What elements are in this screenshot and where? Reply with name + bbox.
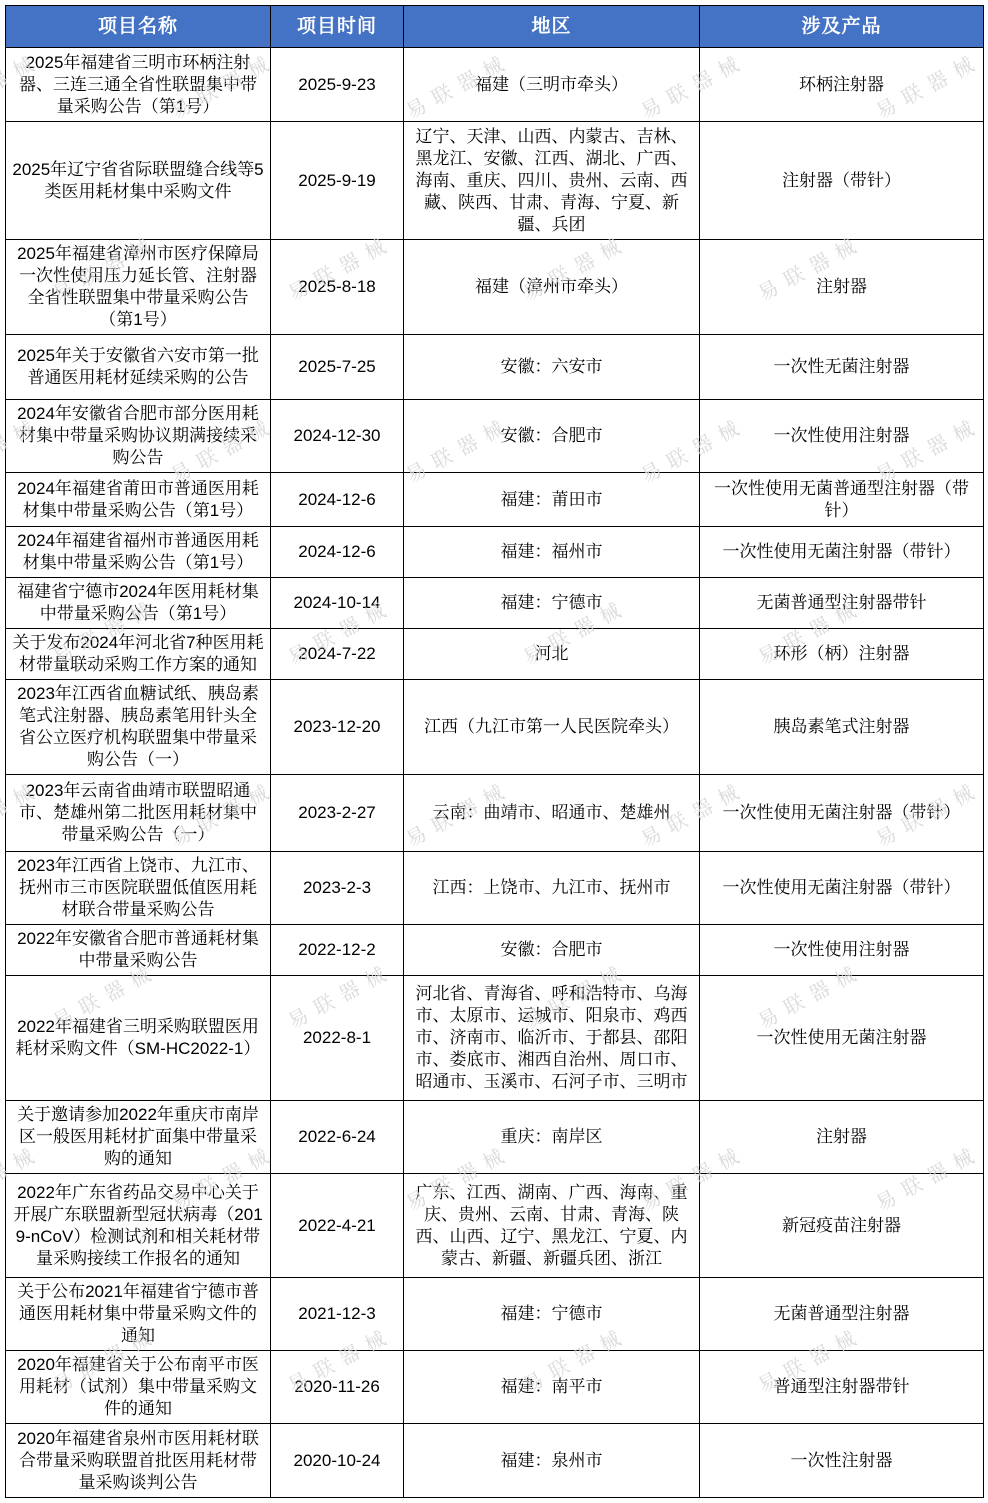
- project-date-cell: 2024-10-14: [271, 578, 404, 629]
- col-header-products: 涉及产品: [700, 6, 984, 48]
- products-cell: 一次性使用无菌注射器: [700, 976, 984, 1101]
- region-cell: 福建：莆田市: [404, 473, 700, 527]
- table-row: 福建省宁德市2024年医用耗材集中带量采购公告（第1号）2024-10-14福建…: [6, 578, 984, 629]
- table-body: 2025年福建省三明市环柄注射器、三连三通全省性联盟集中带量采购公告（第1号）2…: [6, 48, 984, 1498]
- products-cell: 环形（柄）注射器: [700, 629, 984, 680]
- table-row: 关于邀请参加2022年重庆市南岸区一般医用耗材扩面集中带量采购的通知2022-6…: [6, 1101, 984, 1174]
- region-cell: 福建：宁德市: [404, 578, 700, 629]
- table-row: 2022年福建省三明采购联盟医用耗材采购文件（SM-HC2022-1）2022-…: [6, 976, 984, 1101]
- products-cell: 注射器: [700, 240, 984, 335]
- project-name-cell: 2025年辽宁省省际联盟缝合线等5类医用耗材集中采购文件: [6, 122, 271, 240]
- region-cell: 广东、江西、湖南、广西、海南、重庆、贵州、云南、甘肃、青海、陕西、山西、辽宁、黑…: [404, 1174, 700, 1278]
- page: 项目名称 项目时间 地区 涉及产品 2025年福建省三明市环柄注射器、三连三通全…: [0, 0, 988, 1503]
- project-date-cell: 2025-9-23: [271, 48, 404, 122]
- region-cell: 辽宁、天津、山西、内蒙古、吉林、黑龙江、安徽、江西、湖北、广西、海南、重庆、四川…: [404, 122, 700, 240]
- project-name-cell: 关于公布2021年福建省宁德市普通医用耗材集中带量采购文件的通知: [6, 1278, 271, 1351]
- project-date-cell: 2022-8-1: [271, 976, 404, 1101]
- products-cell: 环柄注射器: [700, 48, 984, 122]
- project-name-cell: 2020年福建省泉州市医用耗材联合带量采购联盟首批医用耗材带量采购谈判公告: [6, 1424, 271, 1498]
- col-header-project-date: 项目时间: [271, 6, 404, 48]
- products-cell: 注射器: [700, 1101, 984, 1174]
- region-cell: 江西（九江市第一人民医院牵头）: [404, 680, 700, 775]
- table-row: 2020年福建省泉州市医用耗材联合带量采购联盟首批医用耗材带量采购谈判公告202…: [6, 1424, 984, 1498]
- project-name-cell: 2022年广东省药品交易中心关于开展广东联盟新型冠状病毒（2019-nCoV）检…: [6, 1174, 271, 1278]
- products-cell: 一次性使用无菌普通型注射器（带针）: [700, 473, 984, 527]
- table-row: 2023年江西省上饶市、九江市、抚州市三市医院联盟低值医用耗材联合带量采购公告2…: [6, 852, 984, 925]
- region-cell: 福建：泉州市: [404, 1424, 700, 1498]
- table-row: 2023年云南省曲靖市联盟昭通市、楚雄州第二批医用耗材集中带量采购公告（一）20…: [6, 775, 984, 852]
- project-name-cell: 2024年福建省莆田市普通医用耗材集中带量采购公告（第1号）: [6, 473, 271, 527]
- project-date-cell: 2022-4-21: [271, 1174, 404, 1278]
- table-row: 关于发布2024年河北省7种医用耗材带量联动采购工作方案的通知2024-7-22…: [6, 629, 984, 680]
- project-date-cell: 2023-12-20: [271, 680, 404, 775]
- project-date-cell: 2024-12-6: [271, 473, 404, 527]
- products-cell: 一次性使用无菌注射器（带针）: [700, 775, 984, 852]
- products-cell: 一次性使用注射器: [700, 400, 984, 473]
- project-date-cell: 2021-12-3: [271, 1278, 404, 1351]
- products-cell: 一次性使用无菌注射器（带针）: [700, 527, 984, 578]
- table-row: 2024年福建省莆田市普通医用耗材集中带量采购公告（第1号）2024-12-6福…: [6, 473, 984, 527]
- products-cell: 一次性使用无菌注射器（带针）: [700, 852, 984, 925]
- project-name-cell: 2020年福建省关于公布南平市医用耗材（试剂）集中带量采购文件的通知: [6, 1351, 271, 1424]
- project-date-cell: 2020-11-26: [271, 1351, 404, 1424]
- table-row: 2024年安徽省合肥市部分医用耗材集中带量采购协议期满接续采购公告2024-12…: [6, 400, 984, 473]
- products-cell: 一次性使用注射器: [700, 925, 984, 976]
- project-name-cell: 2023年江西省上饶市、九江市、抚州市三市医院联盟低值医用耗材联合带量采购公告: [6, 852, 271, 925]
- project-name-cell: 2022年福建省三明采购联盟医用耗材采购文件（SM-HC2022-1）: [6, 976, 271, 1101]
- project-date-cell: 2024-12-30: [271, 400, 404, 473]
- project-name-cell: 2025年福建省三明市环柄注射器、三连三通全省性联盟集中带量采购公告（第1号）: [6, 48, 271, 122]
- products-cell: 新冠疫苗注射器: [700, 1174, 984, 1278]
- products-cell: 无菌普通型注射器: [700, 1278, 984, 1351]
- region-cell: 福建：南平市: [404, 1351, 700, 1424]
- project-name-cell: 2024年福建省福州市普通医用耗材集中带量采购公告（第1号）: [6, 527, 271, 578]
- products-cell: 无菌普通型注射器带针: [700, 578, 984, 629]
- region-cell: 福建（三明市牵头）: [404, 48, 700, 122]
- table-row: 2023年江西省血糖试纸、胰岛素笔式注射器、胰岛素笔用针头全省公立医疗机构联盟集…: [6, 680, 984, 775]
- project-date-cell: 2022-6-24: [271, 1101, 404, 1174]
- region-cell: 福建：福州市: [404, 527, 700, 578]
- col-header-project-name: 项目名称: [6, 6, 271, 48]
- table-row: 关于公布2021年福建省宁德市普通医用耗材集中带量采购文件的通知2021-12-…: [6, 1278, 984, 1351]
- region-cell: 安徽：六安市: [404, 335, 700, 400]
- project-date-cell: 2023-2-3: [271, 852, 404, 925]
- products-cell: 一次性注射器: [700, 1424, 984, 1498]
- table-row: 2020年福建省关于公布南平市医用耗材（试剂）集中带量采购文件的通知2020-1…: [6, 1351, 984, 1424]
- project-date-cell: 2020-10-24: [271, 1424, 404, 1498]
- table-row: 2025年福建省三明市环柄注射器、三连三通全省性联盟集中带量采购公告（第1号）2…: [6, 48, 984, 122]
- table-row: 2025年关于安徽省六安市第一批普通医用耗材延续采购的公告2025-7-25安徽…: [6, 335, 984, 400]
- table-row: 2025年福建省漳州市医疗保障局一次性使用压力延长管、注射器全省性联盟集中带量采…: [6, 240, 984, 335]
- region-cell: 云南：曲靖市、昭通市、楚雄州: [404, 775, 700, 852]
- products-cell: 注射器（带针）: [700, 122, 984, 240]
- table-row: 2022年安徽省合肥市普通耗材集中带量采购公告2022-12-2安徽：合肥市一次…: [6, 925, 984, 976]
- region-cell: 重庆：南岸区: [404, 1101, 700, 1174]
- project-date-cell: 2024-7-22: [271, 629, 404, 680]
- table-row: 2024年福建省福州市普通医用耗材集中带量采购公告（第1号）2024-12-6福…: [6, 527, 984, 578]
- project-name-cell: 福建省宁德市2024年医用耗材集中带量采购公告（第1号）: [6, 578, 271, 629]
- table-row: 2025年辽宁省省际联盟缝合线等5类医用耗材集中采购文件2025-9-19辽宁、…: [6, 122, 984, 240]
- region-cell: 河北省、青海省、呼和浩特市、乌海市、太原市、运城市、阳泉市、鸡西市、济南市、临沂…: [404, 976, 700, 1101]
- project-name-cell: 2025年关于安徽省六安市第一批普通医用耗材延续采购的公告: [6, 335, 271, 400]
- region-cell: 安徽：合肥市: [404, 925, 700, 976]
- project-date-cell: 2023-2-27: [271, 775, 404, 852]
- project-name-cell: 2022年安徽省合肥市普通耗材集中带量采购公告: [6, 925, 271, 976]
- col-header-region: 地区: [404, 6, 700, 48]
- project-name-cell: 2023年江西省血糖试纸、胰岛素笔式注射器、胰岛素笔用针头全省公立医疗机构联盟集…: [6, 680, 271, 775]
- procurement-table: 项目名称 项目时间 地区 涉及产品 2025年福建省三明市环柄注射器、三连三通全…: [5, 5, 984, 1498]
- project-name-cell: 关于发布2024年河北省7种医用耗材带量联动采购工作方案的通知: [6, 629, 271, 680]
- project-date-cell: 2025-8-18: [271, 240, 404, 335]
- table-header: 项目名称 项目时间 地区 涉及产品: [6, 6, 984, 48]
- project-name-cell: 2024年安徽省合肥市部分医用耗材集中带量采购协议期满接续采购公告: [6, 400, 271, 473]
- products-cell: 普通型注射器带针: [700, 1351, 984, 1424]
- project-date-cell: 2022-12-2: [271, 925, 404, 976]
- project-name-cell: 2023年云南省曲靖市联盟昭通市、楚雄州第二批医用耗材集中带量采购公告（一）: [6, 775, 271, 852]
- project-date-cell: 2024-12-6: [271, 527, 404, 578]
- region-cell: 江西：上饶市、九江市、抚州市: [404, 852, 700, 925]
- region-cell: 福建（漳州市牵头）: [404, 240, 700, 335]
- region-cell: 安徽：合肥市: [404, 400, 700, 473]
- project-name-cell: 关于邀请参加2022年重庆市南岸区一般医用耗材扩面集中带量采购的通知: [6, 1101, 271, 1174]
- region-cell: 河北: [404, 629, 700, 680]
- project-name-cell: 2025年福建省漳州市医疗保障局一次性使用压力延长管、注射器全省性联盟集中带量采…: [6, 240, 271, 335]
- header-row: 项目名称 项目时间 地区 涉及产品: [6, 6, 984, 48]
- table-row: 2022年广东省药品交易中心关于开展广东联盟新型冠状病毒（2019-nCoV）检…: [6, 1174, 984, 1278]
- products-cell: 胰岛素笔式注射器: [700, 680, 984, 775]
- products-cell: 一次性无菌注射器: [700, 335, 984, 400]
- project-date-cell: 2025-9-19: [271, 122, 404, 240]
- project-date-cell: 2025-7-25: [271, 335, 404, 400]
- region-cell: 福建：宁德市: [404, 1278, 700, 1351]
